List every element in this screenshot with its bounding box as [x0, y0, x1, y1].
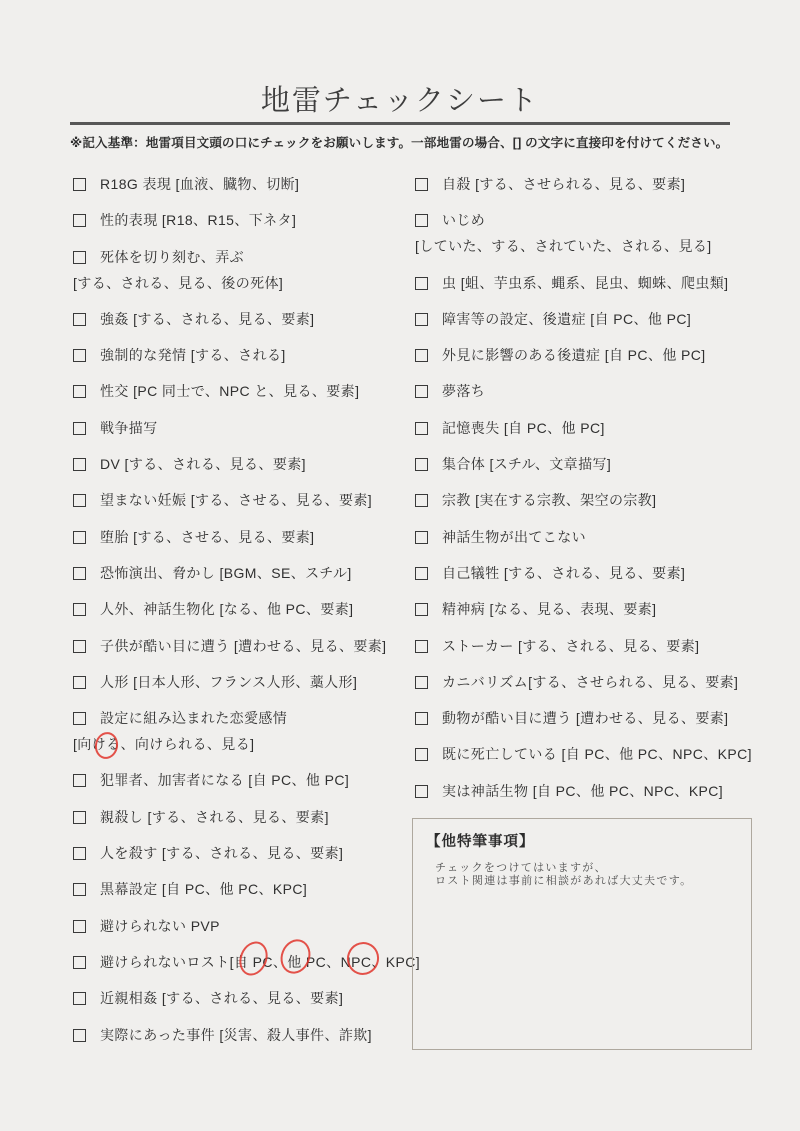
item-label: 精神病 [なる、見る、表現、要素]	[442, 602, 656, 617]
item-checkbox[interactable]	[415, 748, 428, 761]
checklist-item: 親殺し [する、される、見る、要素]	[70, 810, 412, 825]
item-label: 犯罪者、加害者になる [自 PC、他 PC]	[100, 773, 349, 788]
item-label: 堕胎 [する、させる、見る、要素]	[100, 530, 314, 545]
checklist-item: R18G 表現 [血液、臓物、切断]	[70, 177, 412, 192]
item-label: 強姦 [する、される、見る、要素]	[100, 312, 314, 327]
checklist-item: 集合体 [スチル、文章描写]	[412, 457, 784, 472]
item-label: カニバリズム[する、させられる、見る、要素]	[442, 675, 738, 690]
checklist-item: 外見に影響のある後遺症 [自 PC、他 PC]	[412, 348, 784, 363]
item-checkbox[interactable]	[73, 603, 86, 616]
checklist-item: 宗教 [実在する宗教、架空の宗教]	[412, 493, 784, 508]
checklist-item: 既に死亡している [自 PC、他 PC、NPC、KPC]	[412, 747, 784, 762]
item-label: 既に死亡している [自 PC、他 PC、NPC、KPC]	[442, 747, 752, 762]
item-checkbox[interactable]	[415, 349, 428, 362]
item-checkbox[interactable]	[73, 774, 86, 787]
item-label: 子供が酷い目に遭う [遭わせる、見る、要素]	[100, 639, 386, 654]
checklist-item: 避けられないロスト[自 PC、他 PC、NPC、KPC]	[70, 955, 412, 970]
item-checkbox[interactable]	[415, 640, 428, 653]
item-label: いじめ	[442, 213, 485, 228]
item-label: 人形 [日本人形、フランス人形、藁人形]	[100, 675, 357, 690]
item-label: 戦争描写	[100, 421, 158, 436]
item-checkbox[interactable]	[415, 214, 428, 227]
checklist-item: 近親相姦 [する、される、見る、要素]	[70, 991, 412, 1006]
item-label: 虫 [蛆、芋虫系、蝿系、昆虫、蜘蛛、爬虫類]	[442, 276, 728, 291]
item-label-continuation: [していた、する、されていた、される、見る]	[412, 239, 784, 254]
item-label: 設定に組み込まれた恋愛感情	[100, 711, 287, 726]
checklist-column-left: R18G 表現 [血液、臓物、切断]性的表現 [R18、R15、下ネタ]死体を切…	[70, 177, 412, 1064]
checklist-item: 精神病 [なる、見る、表現、要素]	[412, 602, 784, 617]
checklist-item: 実際にあった事件 [災害、殺人事件、詐欺]	[70, 1028, 412, 1043]
checklist-item: 人外、神話生物化 [なる、他 PC、要素]	[70, 602, 412, 617]
item-label: 自己犠牲 [する、される、見る、要素]	[442, 566, 685, 581]
item-label: 実は神話生物 [自 PC、他 PC、NPC、KPC]	[442, 784, 723, 799]
instruction-note: ※記入基準：地雷項目文頭の口にチェックをお願いします。一部地雷の場合、[] の文…	[70, 133, 750, 151]
item-checkbox[interactable]	[415, 178, 428, 191]
item-label: 外見に影響のある後遺症 [自 PC、他 PC]	[442, 348, 706, 363]
handwritten-note-line: ロスト関連は事前に相談があれば大丈夫です。	[435, 875, 751, 888]
checklist-item: 設定に組み込まれた恋愛感情	[70, 711, 412, 726]
item-checkbox[interactable]	[415, 385, 428, 398]
checklist-item: 黒幕設定 [自 PC、他 PC、KPC]	[70, 882, 412, 897]
item-checkbox[interactable]	[73, 956, 86, 969]
item-label: 神話生物が出てこない	[442, 530, 586, 545]
checklist-item: 人形 [日本人形、フランス人形、藁人形]	[70, 675, 412, 690]
item-label: 親殺し [する、される、見る、要素]	[100, 810, 329, 825]
item-checkbox[interactable]	[73, 251, 86, 264]
item-label: 夢落ち	[442, 384, 485, 399]
item-checkbox[interactable]	[73, 883, 86, 896]
item-checkbox[interactable]	[415, 313, 428, 326]
checklist-item: 避けられない PVP	[70, 919, 412, 934]
checklist-item: 神話生物が出てこない	[412, 530, 784, 545]
item-checkbox[interactable]	[415, 458, 428, 471]
checklist-item: 性的表現 [R18、R15、下ネタ]	[70, 213, 412, 228]
checklist-item: 夢落ち	[412, 384, 784, 399]
item-label: 強制的な発情 [する、される]	[100, 348, 286, 363]
checklist-item: 記憶喪失 [自 PC、他 PC]	[412, 421, 784, 436]
item-checkbox[interactable]	[73, 640, 86, 653]
checklist-item: 障害等の設定、後遺症 [自 PC、他 PC]	[412, 312, 784, 327]
item-checkbox[interactable]	[73, 385, 86, 398]
item-checkbox[interactable]	[73, 567, 86, 580]
item-label: 望まない妊娠 [する、させる、見る、要素]	[100, 493, 372, 508]
checklist-item: 虫 [蛆、芋虫系、蝿系、昆虫、蜘蛛、爬虫類]	[412, 276, 784, 291]
checklist-item: 自殺 [する、させられる、見る、要素]	[412, 177, 784, 192]
checklist-item: 戦争描写	[70, 421, 412, 436]
item-checkbox[interactable]	[73, 1029, 86, 1042]
item-checkbox[interactable]	[73, 811, 86, 824]
item-checkbox[interactable]	[415, 712, 428, 725]
item-checkbox[interactable]	[73, 458, 86, 471]
other-notes-body: チェックをつけてはいますが、ロスト関連は事前に相談があれば大丈夫です。	[435, 862, 751, 887]
item-checkbox[interactable]	[415, 277, 428, 290]
checklist-item: 性交 [PC 同士で、NPC と、見る、要素]	[70, 384, 412, 399]
item-label: 性交 [PC 同士で、NPC と、見る、要素]	[100, 384, 359, 399]
item-checkbox[interactable]	[73, 712, 86, 725]
checksheet-page: 地雷チェックシート ※記入基準：地雷項目文頭の口にチェックをお願いします。一部地…	[0, 0, 800, 1131]
item-label: 人を殺す [する、される、見る、要素]	[100, 846, 343, 861]
item-label: 宗教 [実在する宗教、架空の宗教]	[442, 493, 656, 508]
item-label: 自殺 [する、させられる、見る、要素]	[442, 177, 685, 192]
item-label: 実際にあった事件 [災害、殺人事件、詐欺]	[100, 1028, 372, 1043]
item-checkbox[interactable]	[73, 178, 86, 191]
checklist-item: 強制的な発情 [する、される]	[70, 348, 412, 363]
item-checkbox[interactable]	[415, 531, 428, 544]
checklist-item: 動物が酷い目に遭う [遭わせる、見る、要素]	[412, 711, 784, 726]
item-checkbox[interactable]	[415, 785, 428, 798]
checklist-item: 人を殺す [する、される、見る、要素]	[70, 846, 412, 861]
checklist-item: 望まない妊娠 [する、させる、見る、要素]	[70, 493, 412, 508]
other-notes-title: 【他特筆事項】	[426, 830, 751, 851]
checklist-item: カニバリズム[する、させられる、見る、要素]	[412, 675, 784, 690]
checklist-item: DV [する、される、見る、要素]	[70, 457, 412, 472]
item-checkbox[interactable]	[415, 567, 428, 580]
checklist-column-right: 自殺 [する、させられる、見る、要素]いじめ[していた、する、されていた、される…	[412, 177, 784, 820]
item-checkbox[interactable]	[415, 676, 428, 689]
item-label: DV [する、される、見る、要素]	[100, 457, 306, 472]
checklist-item: 強姦 [する、される、見る、要素]	[70, 312, 412, 327]
header-divider	[70, 122, 730, 125]
handwritten-note-line: チェックをつけてはいますが、	[435, 862, 751, 875]
item-checkbox[interactable]	[73, 992, 86, 1005]
checklist-item: ストーカー [する、される、見る、要素]	[412, 639, 784, 654]
checklist-item: 恐怖演出、脅かし [BGM、SE、スチル]	[70, 566, 412, 581]
checklist-item: 堕胎 [する、させる、見る、要素]	[70, 530, 412, 545]
item-label-continuation: [する、される、見る、後の死体]	[70, 276, 412, 291]
item-label: 動物が酷い目に遭う [遭わせる、見る、要素]	[442, 711, 728, 726]
other-notes-box: 【他特筆事項】 チェックをつけてはいますが、ロスト関連は事前に相談があれば大丈夫…	[412, 818, 752, 1050]
item-label: 障害等の設定、後遺症 [自 PC、他 PC]	[442, 312, 691, 327]
item-label: ストーカー [する、される、見る、要素]	[442, 639, 699, 654]
checklist-item: 実は神話生物 [自 PC、他 PC、NPC、KPC]	[412, 784, 784, 799]
item-label: 記憶喪失 [自 PC、他 PC]	[442, 421, 605, 436]
item-label: 近親相姦 [する、される、見る、要素]	[100, 991, 343, 1006]
checklist-item: いじめ	[412, 213, 784, 228]
item-checkbox[interactable]	[73, 847, 86, 860]
item-checkbox[interactable]	[73, 313, 86, 326]
item-checkbox[interactable]	[73, 349, 86, 362]
item-label: 恐怖演出、脅かし [BGM、SE、スチル]	[100, 566, 352, 581]
checklist-item: 子供が酷い目に遭う [遭わせる、見る、要素]	[70, 639, 412, 654]
item-checkbox[interactable]	[73, 494, 86, 507]
item-label: 避けられない PVP	[100, 919, 220, 934]
item-label-continuation: [向ける、向けられる、見る]	[70, 737, 412, 752]
item-checkbox[interactable]	[415, 422, 428, 435]
item-checkbox[interactable]	[73, 676, 86, 689]
checklist-item: 自己犠牲 [する、される、見る、要素]	[412, 566, 784, 581]
item-checkbox[interactable]	[73, 214, 86, 227]
item-label: 集合体 [スチル、文章描写]	[442, 457, 611, 472]
item-label: 死体を切り刻む、弄ぶ	[100, 250, 244, 265]
page-title: 地雷チェックシート	[0, 78, 800, 119]
item-label: 避けられないロスト[自 PC、他 PC、NPC、KPC]	[100, 955, 420, 970]
item-label: 黒幕設定 [自 PC、他 PC、KPC]	[100, 882, 307, 897]
item-checkbox[interactable]	[73, 422, 86, 435]
item-checkbox[interactable]	[73, 920, 86, 933]
item-label: R18G 表現 [血液、臓物、切断]	[100, 177, 299, 192]
item-checkbox[interactable]	[73, 531, 86, 544]
item-checkbox[interactable]	[415, 494, 428, 507]
item-label: 人外、神話生物化 [なる、他 PC、要素]	[100, 602, 353, 617]
item-label: 性的表現 [R18、R15、下ネタ]	[100, 213, 296, 228]
checklist-item: 死体を切り刻む、弄ぶ	[70, 250, 412, 265]
item-checkbox[interactable]	[415, 603, 428, 616]
checklist-item: 犯罪者、加害者になる [自 PC、他 PC]	[70, 773, 412, 788]
